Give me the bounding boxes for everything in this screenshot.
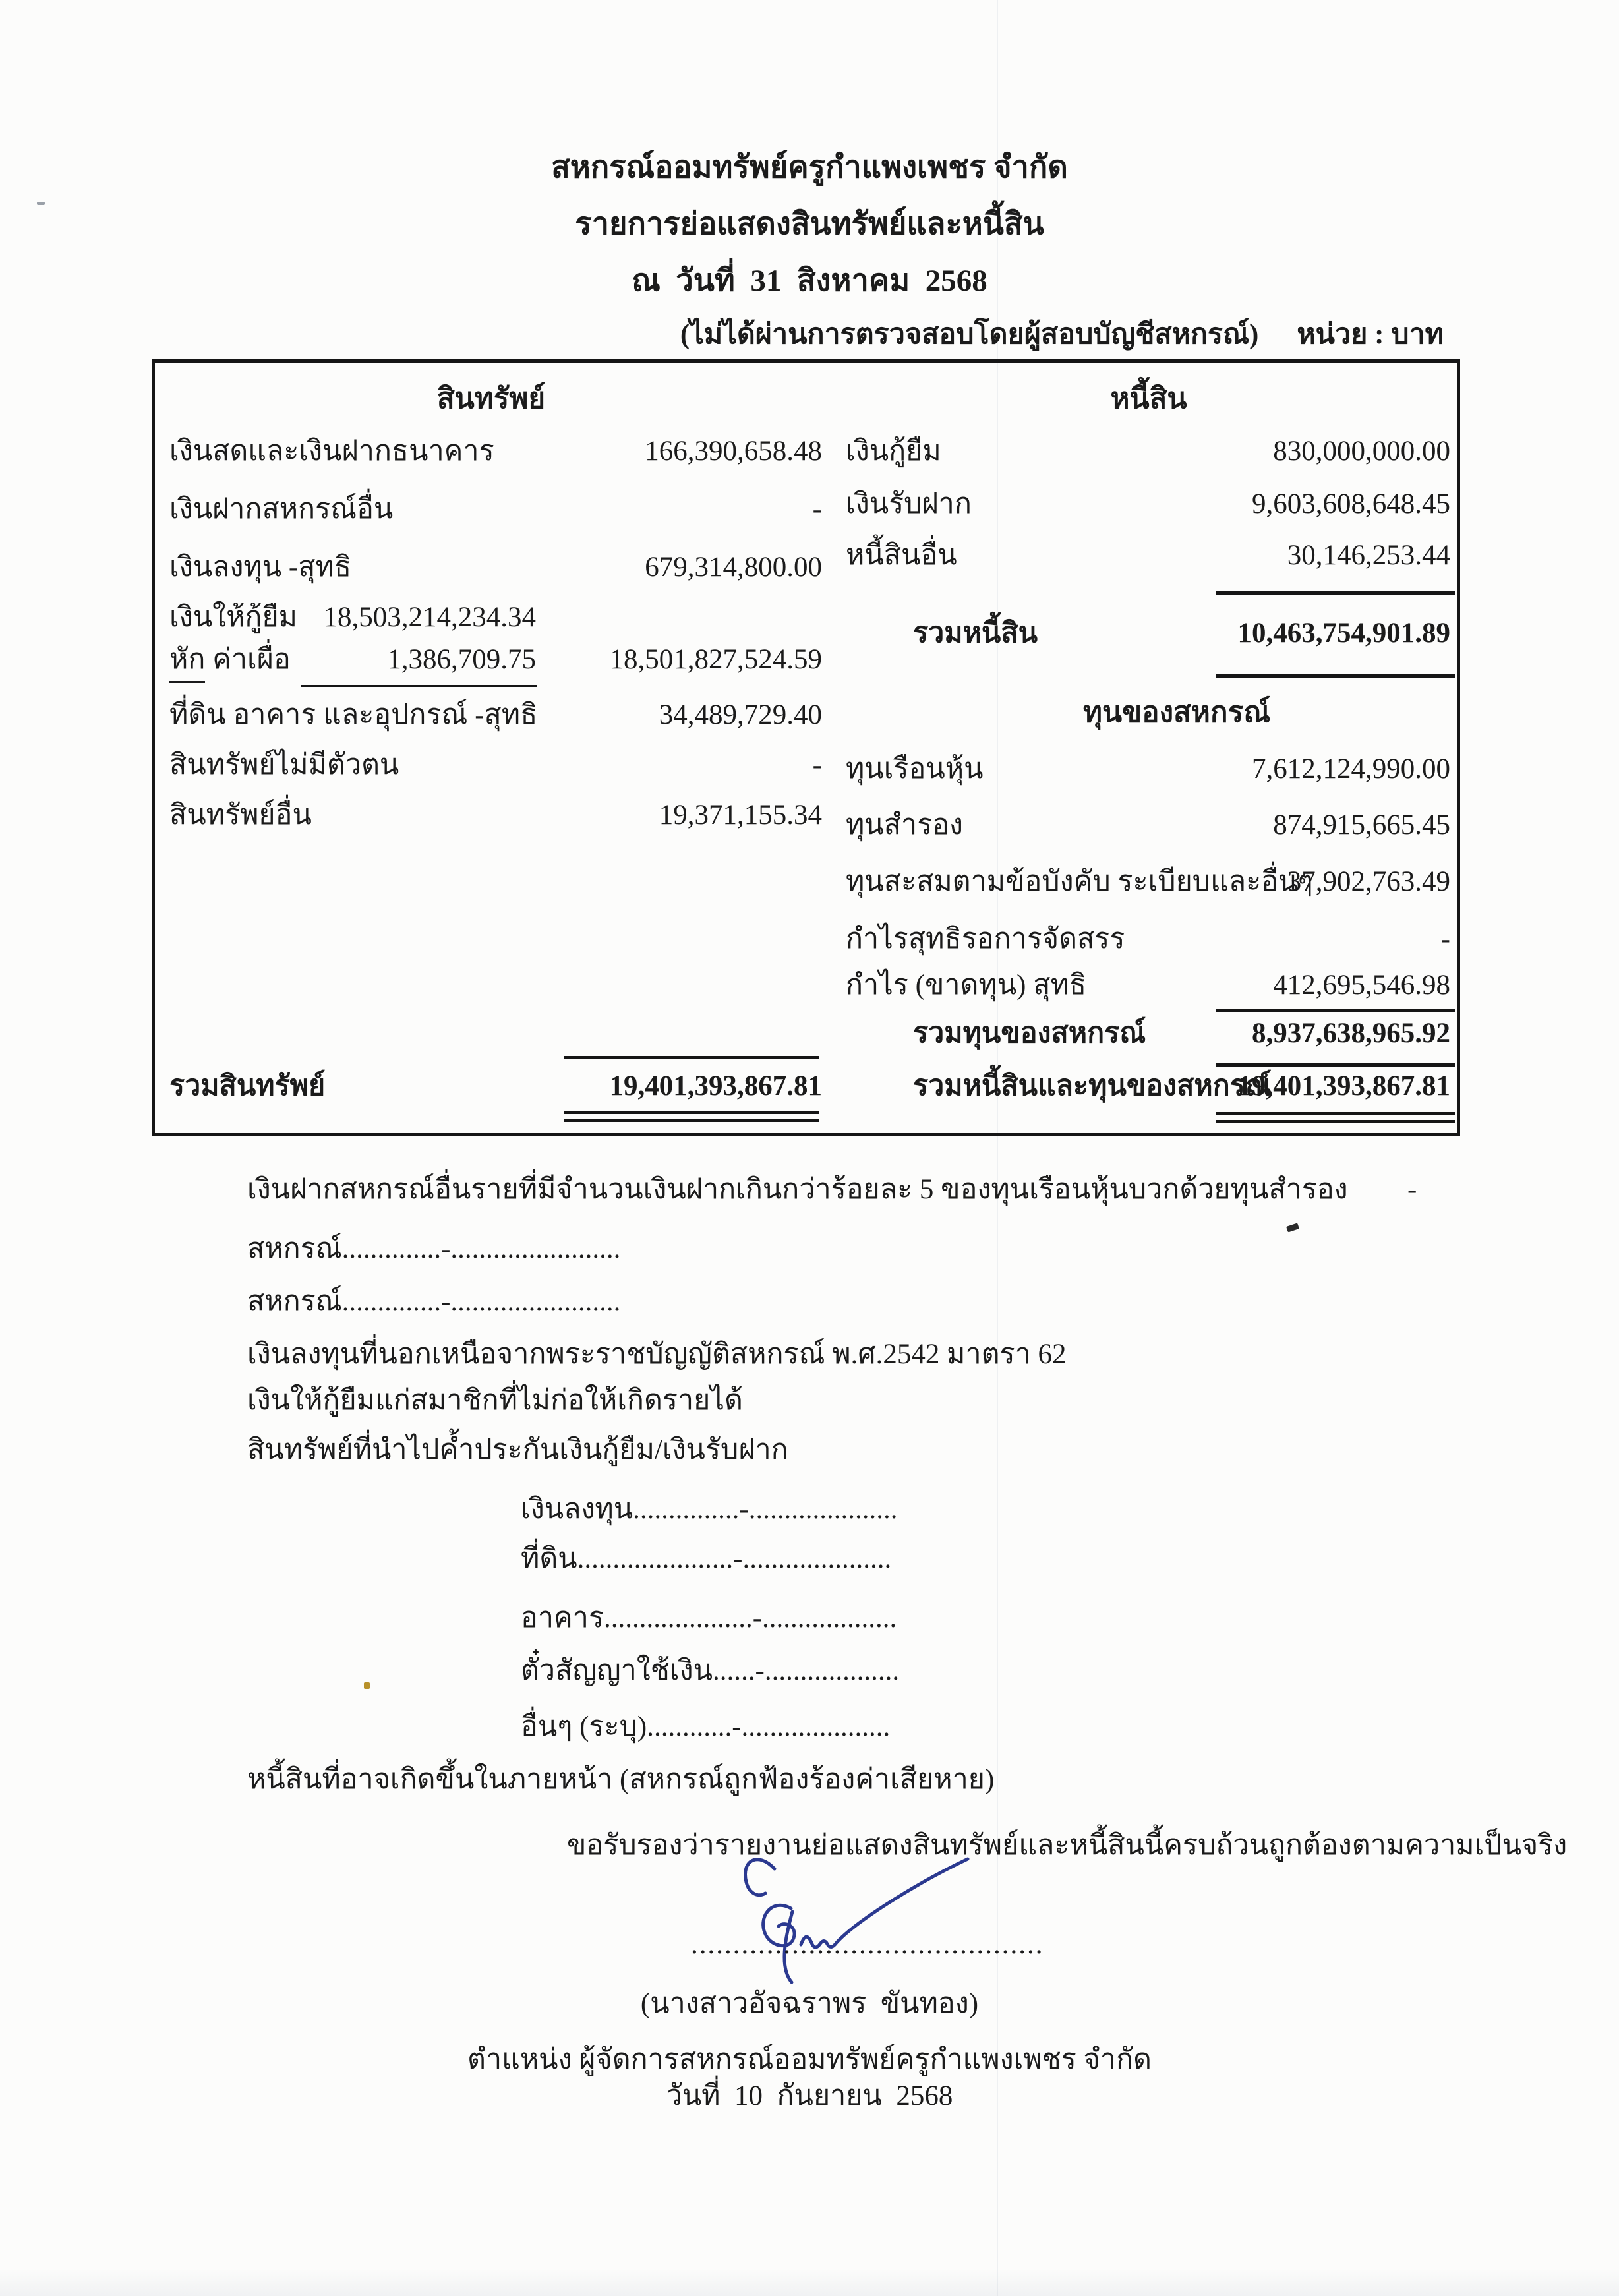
balance-sheet-table: สินทรัพย์ หนี้สิน เงินสดและเงินฝากธนาคาร… <box>152 359 1460 1136</box>
liability-amount: 30,146,253.44 <box>880 536 1450 575</box>
assets-total-double-rule-2 <box>564 1119 819 1122</box>
grand-total-double-rule-2 <box>1216 1120 1455 1123</box>
liabilities-total-amount: 10,463,754,901.89 <box>880 614 1450 653</box>
footnote-pledged-assets: สินทรัพย์ที่นำไปค้ำประกันเงินกู้ยืม/เงิน… <box>247 1430 788 1470</box>
scan-edge-band <box>0 2268 1619 2296</box>
liability-amount: 9,603,608,648.45 <box>880 485 1450 524</box>
unaudited-note: (ไม่ได้ผ่านการตรวจสอบโดยผู้สอบบัญชีสหกรณ… <box>680 315 1258 355</box>
equity-total-row: รวมทุนของสหกรณ์ 8,937,638,965.92 <box>155 1014 1457 1053</box>
assets-header: สินทรัพย์ <box>155 379 827 419</box>
liability-row: เงินกู้ยืม 830,000,000.00 <box>155 432 1457 471</box>
grand-total-row: รวมหนี้สินและทุนของสหกรณ์ 19,401,393,867… <box>155 1067 1457 1106</box>
equity-row: ทุนสำรอง 874,915,665.45 <box>155 806 1457 845</box>
equity-total-amount: 8,937,638,965.92 <box>880 1014 1450 1053</box>
equity-row: ทุนเรือนหุ้น 7,612,124,990.00 <box>155 750 1457 789</box>
grand-total-double-rule-1 <box>1216 1112 1455 1115</box>
gray-speck-artifact <box>37 202 45 205</box>
footnote-contingent-liabilities: หนี้สินที่อาจเกิดขึ้นในภายหน้า (สหกรณ์ถู… <box>247 1760 994 1800</box>
equity-row: กำไรสุทธิรอการจัดสรร - <box>155 920 1457 959</box>
footnote-pledged-land: ที่ดิน......................-...........… <box>521 1539 891 1579</box>
footnote-other-coop-deposits: เงินฝากสหกรณ์อื่นรายที่มีจำนวนเงินฝากเกิ… <box>247 1170 1348 1210</box>
assets-total-double-rule-1 <box>564 1111 819 1114</box>
report-title: รายการย่อแสดงสินทรัพย์และหนี้สิน <box>0 203 1619 245</box>
report-as-of-date: ณ วันที่ 31 สิงหาคม 2568 <box>0 260 1619 302</box>
footnote-pledged-investments: เงินลงทุน...............-...............… <box>521 1490 898 1529</box>
liabilities-total-rule-bottom <box>1216 674 1455 678</box>
equity-amount: - <box>880 920 1450 959</box>
equity-amount: 412,695,546.98 <box>880 966 1450 1005</box>
footnote-non-performing-loans: เงินให้กู้ยืมแก่สมาชิกที่ไม่ก่อให้เกิดรา… <box>247 1381 743 1421</box>
asset-amount: 34,489,729.40 <box>155 695 822 735</box>
signer-name: (นางสาวอัจฉราพร ขันทอง) <box>0 1984 1619 2024</box>
equity-row: ทุนสะสมตามข้อบังคับ ระเบียบและอื่นๆ 37,9… <box>155 862 1457 902</box>
assets-total-rule-top <box>564 1056 819 1059</box>
liabilities-total-row: รวมหนี้สิน 10,463,754,901.89 <box>155 614 1457 653</box>
footnote-pledged-building: อาคาร.....................-.............… <box>521 1599 897 1638</box>
ink-speck-artifact <box>1286 1223 1299 1232</box>
footnote-other-coop-deposits-value: - <box>1407 1170 1417 1210</box>
signer-position: ตำแหน่ง ผู้จัดการสหกรณ์ออมทรัพย์ครูกำแพง… <box>0 2040 1619 2080</box>
grand-total-amount: 19,401,393,867.81 <box>880 1067 1450 1106</box>
footnote-coop-blank-1: สหกรณ์..............-...................… <box>247 1229 620 1269</box>
note-row: (ไม่ได้ผ่านการตรวจสอบโดยผู้สอบบัญชีสหกรณ… <box>680 315 1444 355</box>
unit-label: หน่วย : บาท <box>1297 315 1444 355</box>
balance-sheet-page: สหกรณ์ออมทรัพย์ครูกำแพงเพชร จำกัด รายการ… <box>0 0 1619 2296</box>
liability-row: เงินรับฝาก 9,603,608,648.45 <box>155 485 1457 524</box>
footnote-investments-outside-act: เงินลงทุนที่นอกเหนือจากพระราชบัญญัติสหกร… <box>247 1335 1067 1374</box>
equity-header: ทุนของสหกรณ์ <box>880 693 1473 732</box>
liabilities-header: หนี้สิน <box>840 379 1457 419</box>
liability-row: หนี้สินอื่น 30,146,253.44 <box>155 536 1457 575</box>
footnote-pledged-others: อื่นๆ (ระบุ)............-...............… <box>521 1707 890 1747</box>
equity-amount: 874,915,665.45 <box>880 806 1450 845</box>
liabilities-total-rule-top <box>1216 591 1455 595</box>
liability-amount: 830,000,000.00 <box>880 432 1450 471</box>
coop-name-title: สหกรณ์ออมทรัพย์ครูกำแพงเพชร จำกัด <box>0 146 1619 189</box>
equity-amount: 7,612,124,990.00 <box>880 750 1450 789</box>
signing-date: วันที่ 10 กันยายน 2568 <box>0 2076 1619 2116</box>
yellow-speck-artifact <box>364 1682 370 1689</box>
manager-signature <box>712 1846 995 1997</box>
footnote-pledged-promissory-notes: ตั๋วสัญญาใช้เงิน......-.................… <box>521 1651 899 1691</box>
footnote-coop-blank-2: สหกรณ์..............-...................… <box>247 1282 620 1322</box>
equity-amount: 37,902,763.49 <box>880 862 1450 902</box>
signature-dotted-line: ........................................… <box>691 1928 1044 1960</box>
sub-amount-underline <box>301 685 537 687</box>
equity-row: กำไร (ขาดทุน) สุทธิ 412,695,546.98 <box>155 966 1457 1005</box>
equity-total-rule-top <box>1216 1009 1455 1012</box>
